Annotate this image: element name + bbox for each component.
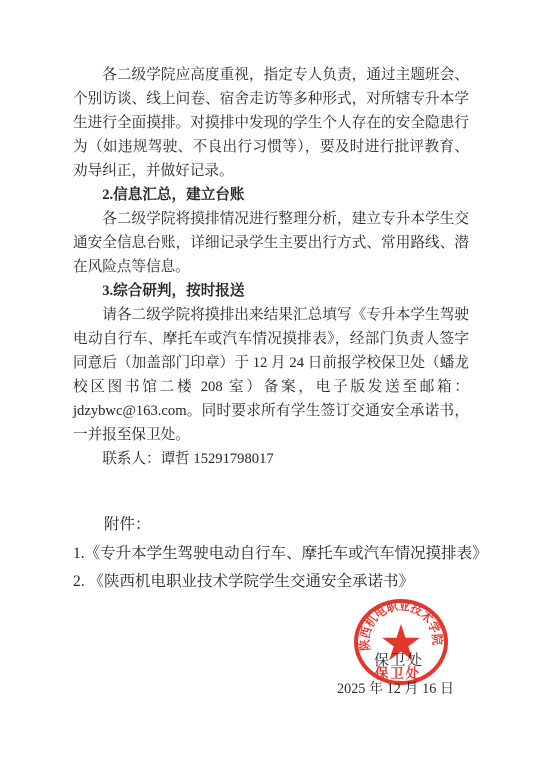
official-seal: 陕西机电职业技术学院 保卫处 (352, 598, 450, 690)
section-heading-3: 3.综合研判，按时报送 (73, 279, 469, 303)
paragraph-ledger: 各二级学院将摸排情况进行整理分析，建立专升本学生交通安全信息台账，详细记录学生主… (73, 207, 469, 279)
attachments-block: 附件： 1.《专升本学生驾驶电动自行车、摩托车或汽车情况摸排表》 2. 《陕西机… (73, 511, 523, 597)
attachment-item-2: 2. 《陕西机电职业技术学院学生交通安全承诺书》 (73, 568, 523, 597)
seal-star-icon (382, 624, 420, 660)
document-page: 各二级学院应高度重视，指定专人负责，通过主题班会、个别访谈、线上问卷、宿舍走访等… (0, 0, 535, 765)
paragraph-report: 请各二级学院将摸排出来结果汇总填写《专升本学生驾驶电动自行车、摩托车或汽车情况摸… (73, 303, 469, 447)
attachment-item-1: 1.《专升本学生驾驶电动自行车、摩托车或汽车情况摸排表》 (73, 540, 523, 569)
seal-center-text: 保卫处 (375, 665, 422, 681)
document-body: 各二级学院应高度重视，指定专人负责，通过主题班会、个别访谈、线上问卷、宿舍走访等… (73, 63, 469, 471)
attachments-label: 附件： (73, 511, 523, 540)
section-heading-2: 2.信息汇总，建立台账 (73, 183, 469, 207)
contact-line: 联系人：谭哲 15291798017 (73, 447, 469, 471)
paragraph-survey: 各二级学院应高度重视，指定专人负责，通过主题班会、个别访谈、线上问卷、宿舍走访等… (73, 63, 469, 183)
